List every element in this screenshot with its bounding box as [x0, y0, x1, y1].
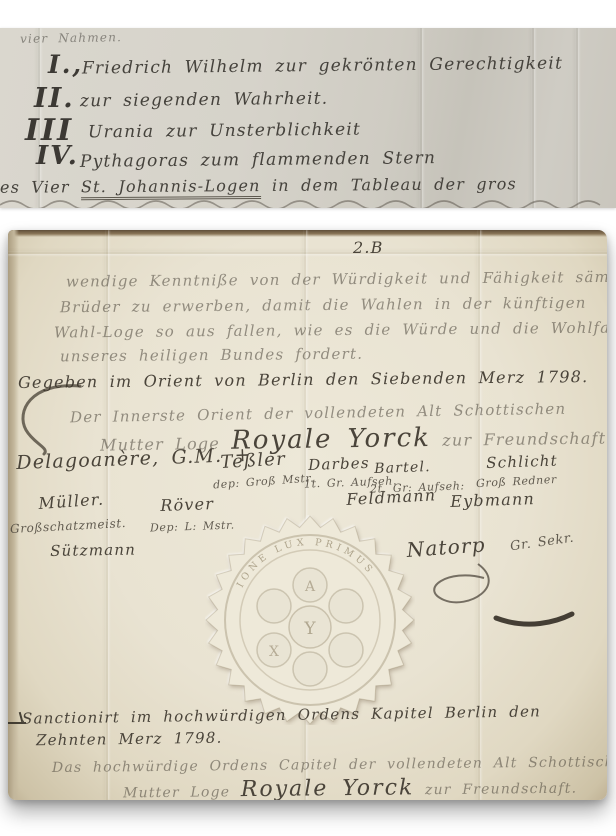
fold-line — [576, 28, 578, 208]
signature-mueller: Müller. — [38, 491, 105, 512]
closing-pre: Mutter Loge — [123, 784, 241, 800]
list-entry-4: Pythagoras zum flammenden Stern — [80, 150, 436, 171]
list-entry-1: Friedrich Wilhelm zur gekrönten Gerechti… — [82, 55, 563, 77]
issuer-line-1: Der Innerste Orient der vollendeten Alt … — [70, 402, 567, 426]
list-entry-2: zur siegenden Wahrheit. — [80, 91, 329, 111]
embossed-seal: IONE LUX PRIMUS A Y X — [205, 515, 415, 725]
body-line-2: Brüder zu erwerben, damit die Wahlen in … — [60, 296, 587, 316]
signature-schlicht-role: Groß Redner — [476, 474, 557, 489]
crease-line — [8, 252, 607, 254]
body-line-1: wendige Kenntniße von der Würdigkeit und… — [66, 269, 607, 289]
seal-glyph-center: Y — [303, 619, 316, 639]
signature-delagoanere: Delagoanère, G.M. + — [16, 446, 252, 473]
top-manuscript-photo: vier Nahmen. I., Friedrich Wilhelm zur g… — [0, 28, 616, 208]
list-entry-3: Urania zur Unsterblichkeit — [88, 122, 361, 142]
signature-tessler-role: dep: Groß Mstr. — [213, 472, 315, 490]
list-numeral-1: I., — [48, 50, 83, 79]
signature-feldmann: Feldmann — [346, 487, 437, 508]
signature-mueller-role: Großschatzmeist. — [10, 517, 127, 535]
signature-darbes: Darbes — [308, 456, 370, 473]
signature-natorp-role: Gr. Sekr. — [509, 532, 574, 554]
seal-glyph-lower-left: X — [269, 644, 279, 660]
dateline: Gegeben im Orient von Berlin den Siebend… — [18, 369, 588, 391]
issuer-post: zur Freundschaft. — [431, 428, 607, 450]
signature-tessler: Teßler — [220, 451, 286, 472]
signature-natorp: Natorp — [406, 534, 486, 559]
sanction-line-2: Zehnten Merz 1798. — [36, 731, 223, 749]
page-number: 2.B — [353, 240, 384, 256]
header-fragment: vier Nahmen. — [20, 31, 122, 45]
sanction-line-1: Sanctionirt im hochwürdigen Ordens Kapit… — [22, 704, 541, 726]
closing-line-2: Mutter Loge Royale Yorck zur Freundschaf… — [123, 776, 577, 800]
body-line-3: Wahl-Loge so aus fallen, wie es die Würd… — [54, 321, 607, 341]
signature-bartel: Bartel. — [374, 460, 431, 476]
list-numeral-2: II. — [34, 83, 75, 114]
closing-post: zur Freundschaft. — [414, 781, 577, 799]
closing-lodge-name: Royale Yorck — [241, 775, 415, 800]
page-left-edge — [8, 230, 19, 800]
manuscript-composite: vier Nahmen. I., Friedrich Wilhelm zur g… — [0, 0, 616, 836]
signature-schlicht: Schlicht — [486, 454, 558, 471]
footer-pre: es Vier — [0, 177, 81, 197]
closing-line-1: Das hochwürdige Ordens Capitel der volle… — [52, 755, 607, 775]
footer-underlined: St. Johannis-Logen — [81, 176, 261, 200]
body-line-4: unseres heiligen Bundes fordert. — [60, 347, 363, 365]
footer-post: in dem Tableau der gros — [261, 174, 517, 195]
signature-roever: Röver — [160, 496, 214, 514]
signature-suetzmann: Sützmann — [50, 542, 136, 558]
list-numeral-4: IV. — [36, 141, 79, 171]
seal-glyph-top: A — [304, 579, 316, 595]
bottom-manuscript-photo: 2.B wendige Kenntniße von der Würdigkeit… — [8, 230, 607, 800]
natorp-paraph — [388, 556, 578, 636]
signature-eybmann: Eybmann — [450, 491, 535, 510]
footer-line: es Vier St. Johannis-Logen in dem Tablea… — [0, 176, 517, 196]
page-top-edge — [8, 230, 607, 237]
